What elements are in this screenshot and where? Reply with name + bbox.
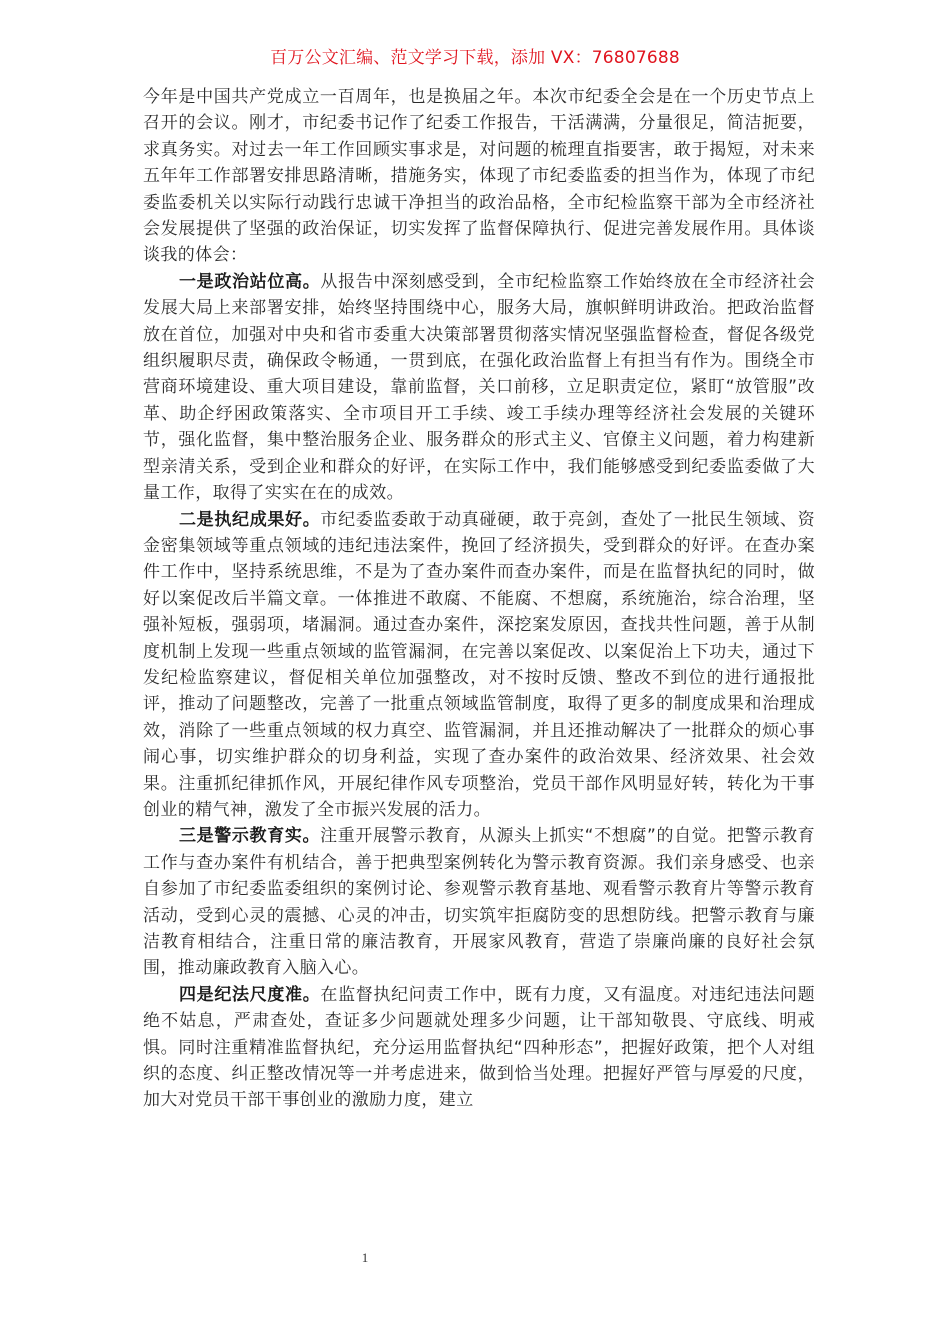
paragraph-text: 注重开展警示教育，从源头上抓实“不想腐”的自觉。把警示教育工作与查办案件有机结合… xyxy=(143,826,815,978)
header-banner: 百万公文汇编、范文学习下载，添加 VX：76807688 xyxy=(0,46,950,70)
point-four-paragraph: 四是纪法尺度准。在监督执纪问责工作中，既有力度，又有温度。对违纪违法问题绝不姑息… xyxy=(143,982,815,1114)
paragraph-text: 市纪委监委敢于动真碰硬，敢于亮剑，查处了一批民生领域、资金密集领域等重点领域的违… xyxy=(143,510,815,820)
point-three-paragraph: 三是警示教育实。注重开展警示教育，从源头上抓实“不想腐”的自觉。把警示教育工作与… xyxy=(143,823,815,981)
point-four-heading: 四是纪法尺度准。 xyxy=(179,985,320,1005)
paragraph-text: 今年是中国共产党成立一百周年，也是换届之年。本次市纪委全会是在一个历史节点上召开… xyxy=(143,87,815,265)
point-one-heading: 一是政治站位高。 xyxy=(179,272,320,292)
intro-paragraph: 今年是中国共产党成立一百周年，也是换届之年。本次市纪委全会是在一个历史节点上召开… xyxy=(143,84,815,269)
paragraph-text: 从报告中深刻感受到，全市纪检监察工作始终放在全市经济社会发展大局上来部署安排，始… xyxy=(143,272,815,503)
page-number: 1 xyxy=(0,1250,730,1266)
point-three-heading: 三是警示教育实。 xyxy=(179,826,320,846)
document-body: 今年是中国共产党成立一百周年，也是换届之年。本次市纪委全会是在一个历史节点上召开… xyxy=(143,84,815,1114)
point-two-heading: 二是执纪成果好。 xyxy=(179,510,320,530)
point-one-paragraph: 一是政治站位高。从报告中深刻感受到，全市纪检监察工作始终放在全市经济社会发展大局… xyxy=(143,269,815,507)
point-two-paragraph: 二是执纪成果好。市纪委监委敢于动真碰硬，敢于亮剑，查处了一批民生领域、资金密集领… xyxy=(143,507,815,824)
